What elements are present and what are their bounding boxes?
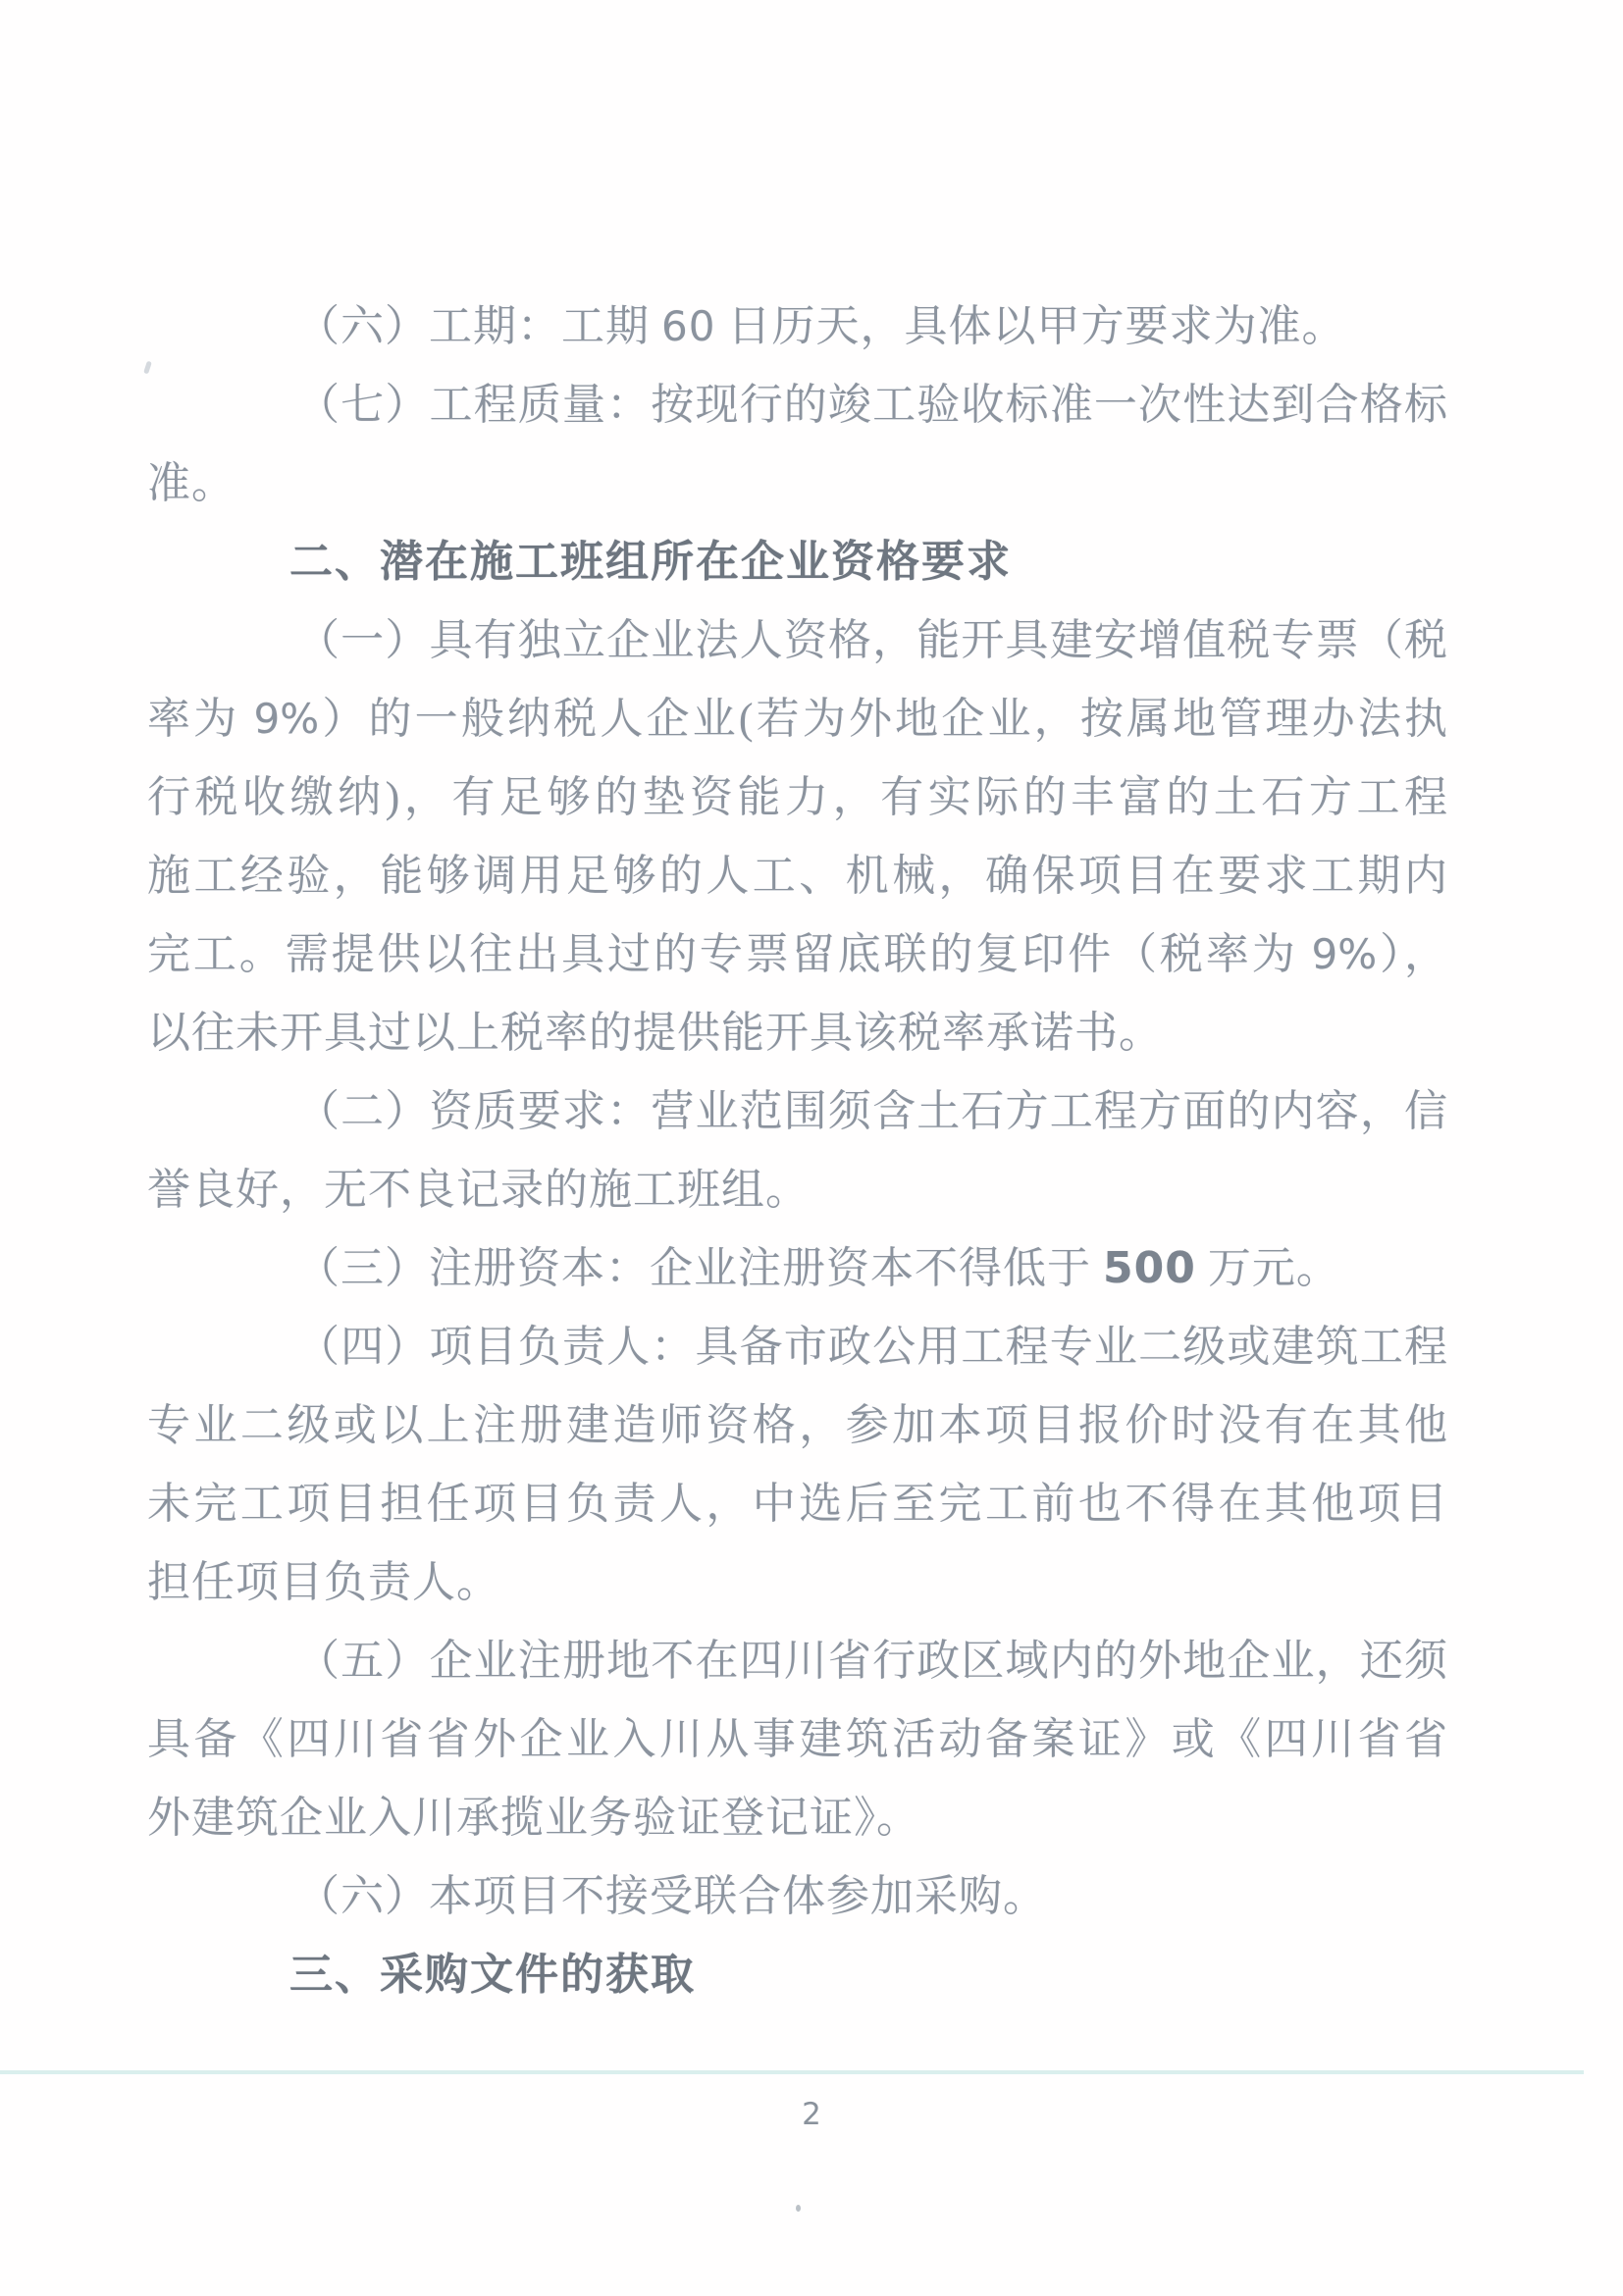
text-line-item1-cont: 行税收缴纳)，有足够的垫资能力，有实际的丰富的土石方工程 xyxy=(147,758,1447,837)
text-line-quality: （七）工程质量：按现行的竣工验收标准一次性达到合格标 xyxy=(147,366,1447,444)
registered-capital-value: 500 xyxy=(1103,1243,1196,1293)
line-segment: ）的一般纳税人企业(若为外地企业，按属地管理办法执 xyxy=(319,695,1447,743)
text-line-item5: （五）企业注册地不在四川省行政区域内的外地企业，还须 xyxy=(147,1622,1447,1700)
text-line-item2: （二）资质要求：营业范围须含土石方工程方面的内容，信 xyxy=(147,1072,1447,1151)
text-line-item1-cont: 以往未开具过以上税率的提供能开具该税率承诺书。 xyxy=(147,994,1447,1072)
tax-rate-value: 9% xyxy=(1312,930,1378,978)
text-line-duration: （六）工期：工期 60 日历天，具体以甲方要求为准。 xyxy=(147,287,1447,366)
tax-rate-value: 9% xyxy=(254,695,320,743)
document-page: （六）工期：工期 60 日历天，具体以甲方要求为准。 （七）工程质量：按现行的竣… xyxy=(0,0,1623,2296)
section-heading-3-documents: 三、采购文件的获取 xyxy=(147,1936,1447,2014)
line-segment: 日历天，具体以甲方要求为准。 xyxy=(715,302,1345,350)
text-line-item1-cont: 率为 9%）的一般纳税人企业(若为外地企业，按属地管理办法执 xyxy=(147,680,1447,758)
text-line-item4: （四）项目负责人：具备市政公用工程专业二级或建筑工程 xyxy=(147,1308,1447,1386)
text-line-item1-cont: 完工。需提供以往出具过的专票留底联的复印件（税率为 9%）， xyxy=(147,915,1447,994)
line-segment: ）， xyxy=(1377,930,1447,978)
duration-days-value: 60 xyxy=(661,302,715,350)
scan-artifact-dot xyxy=(796,2205,801,2212)
text-line-item4-cont: 未完工项目担任项目负责人，中选后至完工前也不得在其他项目 xyxy=(147,1465,1447,1543)
text-line-item5-cont: 外建筑企业入川承揽业务验证登记证》。 xyxy=(147,1779,1447,1857)
text-line-item2-cont: 誉良好，无不良记录的施工班组。 xyxy=(147,1151,1447,1229)
line-segment: 万元。 xyxy=(1196,1244,1340,1292)
text-line-item3: （三）注册资本：企业注册资本不得低于 500 万元。 xyxy=(147,1229,1447,1308)
section-heading-2-qualification: 二、潜在施工班组所在企业资格要求 xyxy=(147,523,1447,601)
document-body: （六）工期：工期 60 日历天，具体以甲方要求为准。 （七）工程质量：按现行的竣… xyxy=(147,287,1447,2014)
text-line-item6: （六）本项目不接受联合体参加采购。 xyxy=(147,1857,1447,1936)
text-line-item4-cont: 专业二级或以上注册建造师资格，参加本项目报价时没有在其他 xyxy=(147,1386,1447,1465)
line-segment: 完工。需提供以往出具过的专票留底联的复印件（税率为 xyxy=(147,930,1312,978)
page-number: 2 xyxy=(0,2090,1623,2139)
line-segment: 率为 xyxy=(147,695,254,743)
line-segment: （六）工期：工期 xyxy=(296,302,661,350)
text-line-quality-cont: 准。 xyxy=(147,444,1447,523)
line-segment: （三）注册资本：企业注册资本不得低于 xyxy=(296,1244,1103,1292)
footer-divider-line xyxy=(0,2070,1584,2074)
text-line-item1: （一）具有独立企业法人资格，能开具建安增值税专票（税 xyxy=(147,601,1447,680)
text-line-item5-cont: 具备《四川省省外企业入川从事建筑活动备案证》或《四川省省 xyxy=(147,1700,1447,1779)
text-line-item1-cont: 施工经验，能够调用足够的人工、机械，确保项目在要求工期内 xyxy=(147,837,1447,915)
text-line-item4-cont: 担任项目负责人。 xyxy=(147,1543,1447,1622)
